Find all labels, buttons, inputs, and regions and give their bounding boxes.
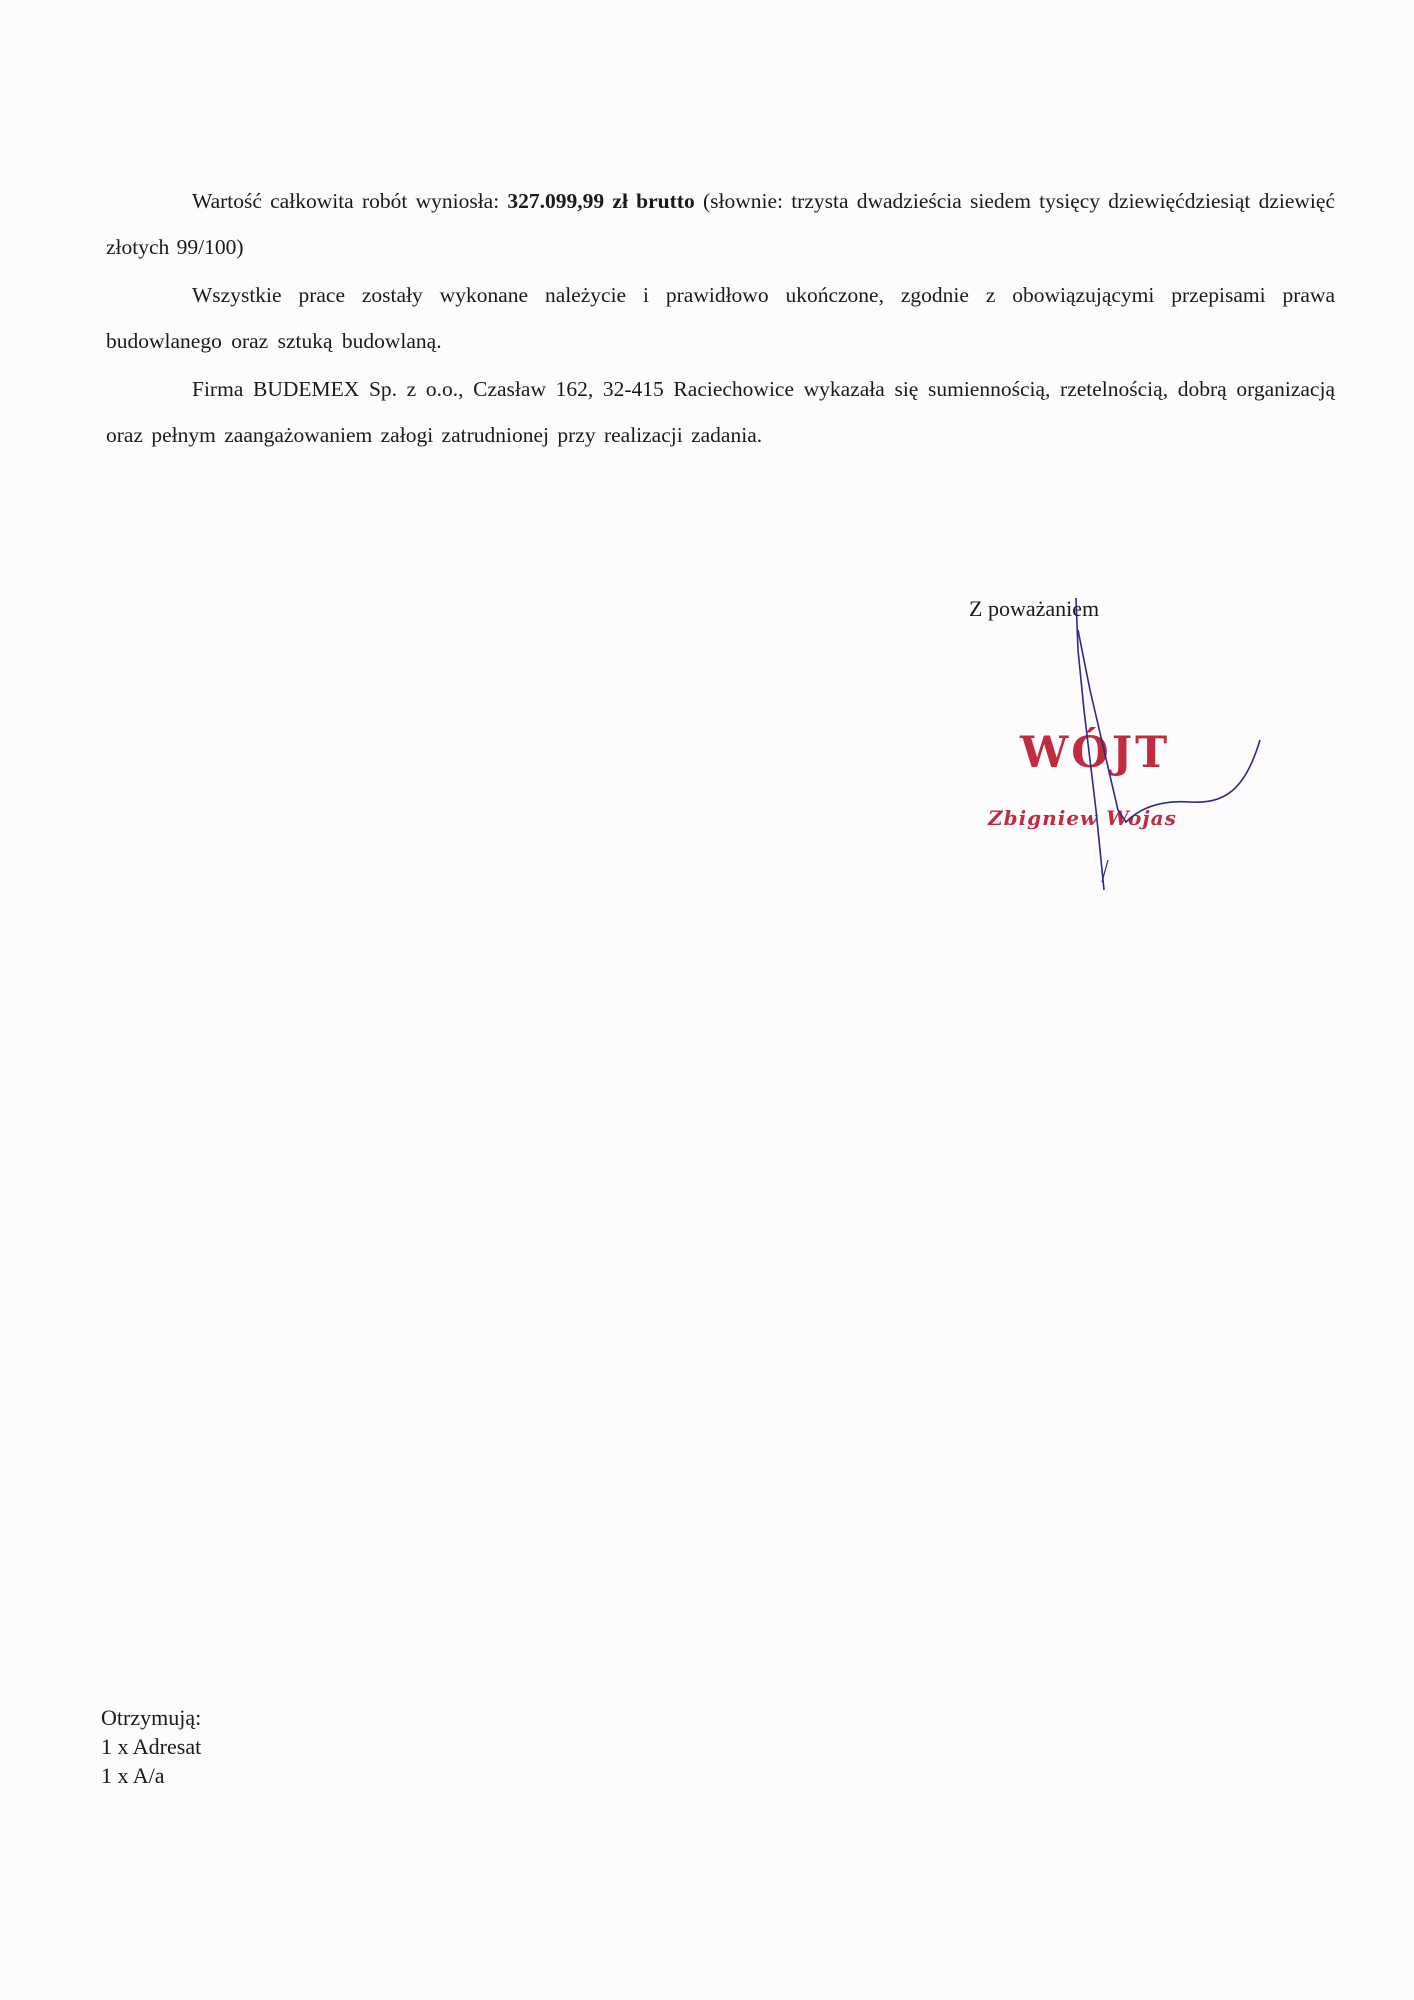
total-value-label: Wartość całkowita robót wyniosła: bbox=[192, 189, 507, 213]
closing-salutation: Z poważaniem bbox=[969, 596, 1099, 622]
recipient-item: 1 x A/a bbox=[101, 1761, 201, 1790]
recipient-item: 1 x Adresat bbox=[101, 1732, 201, 1761]
recipients-heading: Otrzymują: bbox=[101, 1703, 201, 1732]
recipients-list: Otrzymują: 1 x Adresat 1 x A/a bbox=[101, 1703, 201, 1790]
total-value-amount: 327.099,99 zł brutto bbox=[507, 189, 694, 213]
paragraph-work-quality: Wszystkie prace zostały wykonane należyc… bbox=[106, 272, 1335, 364]
stamp-name: Zbigniew Wojas bbox=[988, 806, 1177, 830]
document-page: Wartość całkowita robót wyniosła: 327.09… bbox=[0, 0, 1414, 2000]
stamp-title: WÓJT bbox=[1020, 728, 1170, 778]
letter-body: Wartość całkowita robót wyniosła: 327.09… bbox=[106, 178, 1335, 460]
paragraph-company-reference: Firma BUDEMEX Sp. z o.o., Czasław 162, 3… bbox=[106, 366, 1335, 458]
paragraph-total-value: Wartość całkowita robót wyniosła: 327.09… bbox=[106, 178, 1335, 270]
